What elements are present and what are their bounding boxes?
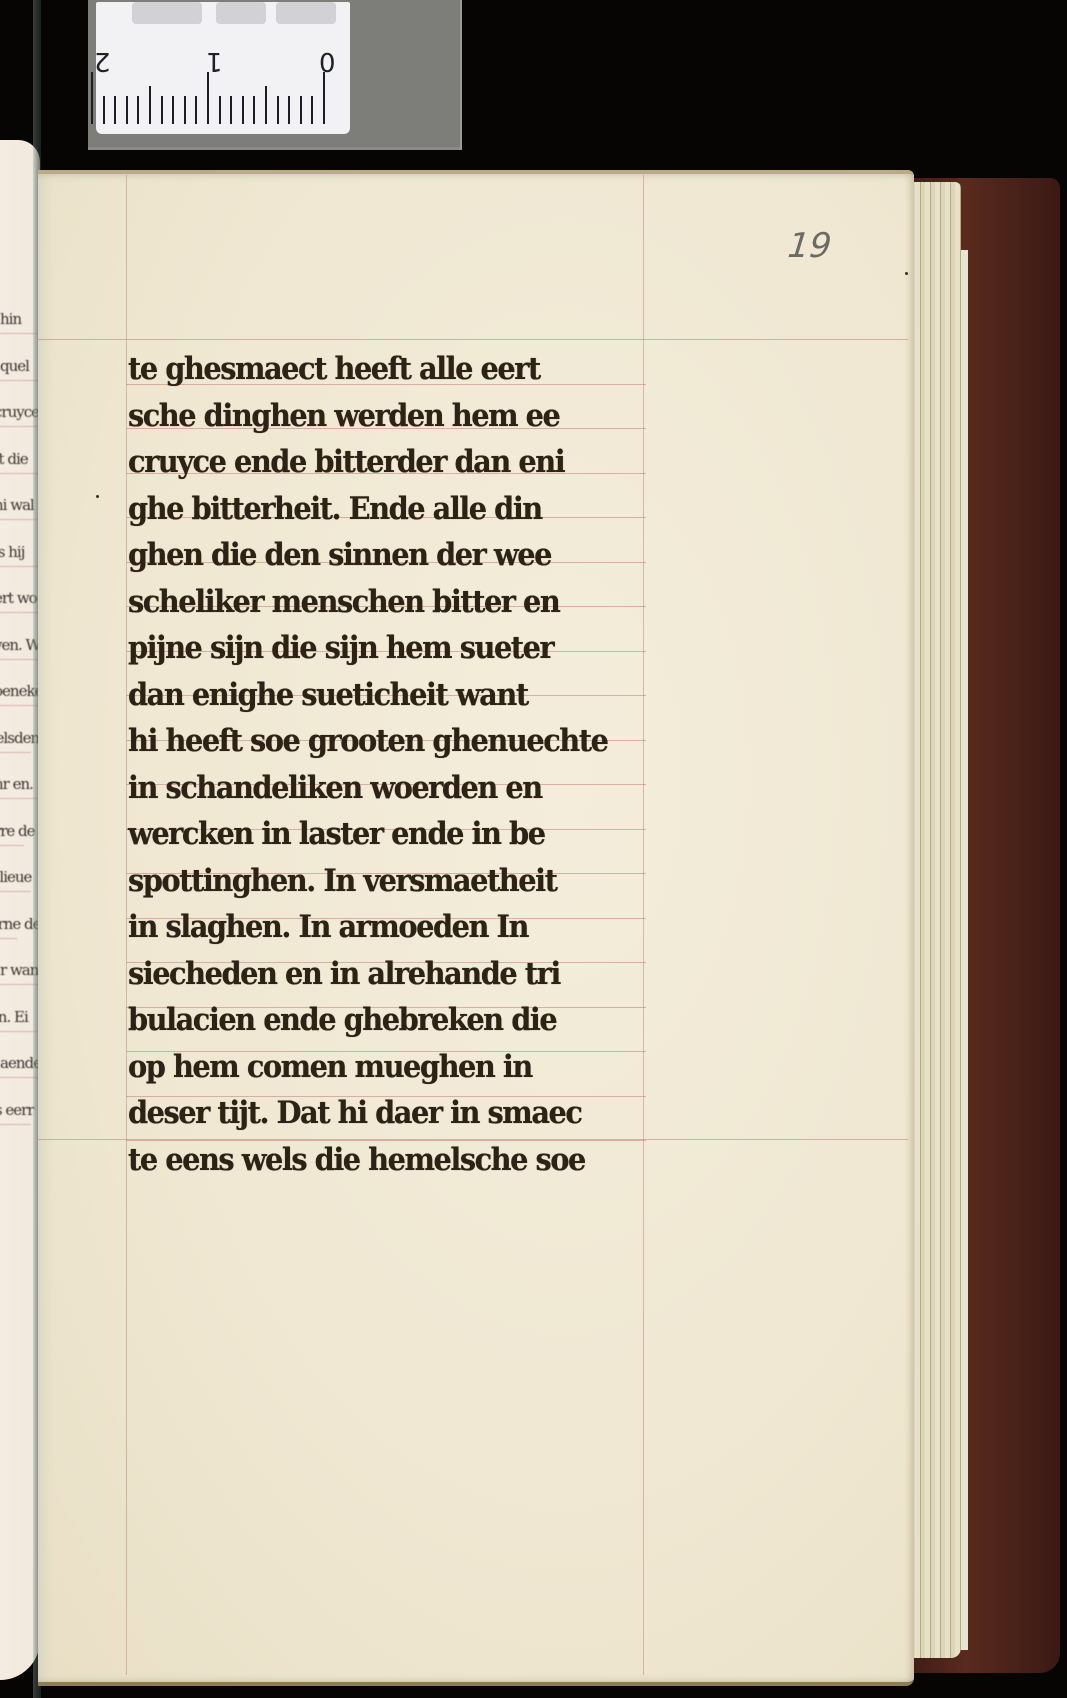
text-line: ghen die den sinnen der wee: [128, 532, 640, 579]
scale-tick: [103, 96, 105, 124]
text-line: hi heeft soe grooten ghenuechte: [128, 718, 640, 765]
facing-page-text-fragment: delsden: [0, 724, 31, 753]
text-line: cruyce ende bitterder dan eni: [128, 439, 640, 486]
text-line: sche dinghen werden hem ee: [128, 393, 640, 440]
scale-tick: [184, 96, 186, 124]
text-line: scheliker menschen bitter en: [128, 579, 640, 626]
scale-tick: [207, 72, 209, 124]
scale-tick: [172, 96, 174, 124]
text-line: pijne sijn die sijn hem sueter: [128, 625, 640, 672]
ruling-top-line: [38, 339, 908, 340]
text-line: wercken in laster ende in be: [128, 811, 640, 858]
scale-tick: [323, 72, 325, 124]
scale-label-2: 2: [94, 46, 111, 76]
scale-label-0: 0: [319, 46, 336, 76]
scale-tick: [311, 96, 313, 124]
ruling-left-bound: [126, 175, 127, 1675]
scale-tick: [230, 96, 232, 124]
scale-tick: [288, 96, 290, 124]
scale-bar: 0 1 2: [96, 2, 350, 134]
scale-tick: [300, 96, 302, 124]
scale-tick: [114, 96, 116, 124]
text-line: ghe bitterheit. Ende alle din: [128, 486, 640, 533]
text-line: siecheden en in alrehande tri: [128, 951, 640, 998]
scale-tick: [91, 72, 93, 124]
facing-page-text-fragment: es eerr: [0, 1096, 31, 1125]
facing-page-text-fragment: boerne de: [0, 910, 17, 939]
folio-number: 19: [786, 226, 833, 266]
facing-page-text-fragment: rerre de: [0, 817, 24, 846]
scale-tick: [149, 86, 151, 124]
scale-tick: [126, 96, 128, 124]
pricking-mark: [96, 495, 99, 498]
scale-tick: [265, 86, 267, 124]
manuscript-text-block: te ghesmaect heeft alle eert sche dinghe…: [128, 346, 678, 1183]
pricking-mark: [905, 272, 908, 275]
text-line: te eens wels die hemelsche soe: [128, 1137, 640, 1184]
scale-tick: [277, 96, 279, 124]
scale-tick: [137, 96, 139, 124]
scale-tick: [219, 96, 221, 124]
scale-tick: [161, 96, 163, 124]
text-line: bulacien ende ghebreken die: [128, 997, 640, 1044]
text-line: te ghesmaect heeft alle eert: [128, 346, 640, 393]
facing-page-text-fragment: n lieue: [0, 863, 31, 892]
text-line: in schandeliken woerden en: [128, 765, 640, 812]
text-line: deser tijt. Dat hi daer in smaec: [128, 1090, 640, 1137]
text-line: dan enighe sueticheit want: [128, 672, 640, 719]
scale-tick: [195, 96, 197, 124]
scale-tick: [242, 96, 244, 124]
scale-tick: [253, 96, 255, 124]
text-line: op hem comen mueghen in: [128, 1044, 640, 1091]
text-line: in slaghen. In armoeden In: [128, 904, 640, 951]
text-line: spottinghen. In versmaetheit: [128, 858, 640, 905]
